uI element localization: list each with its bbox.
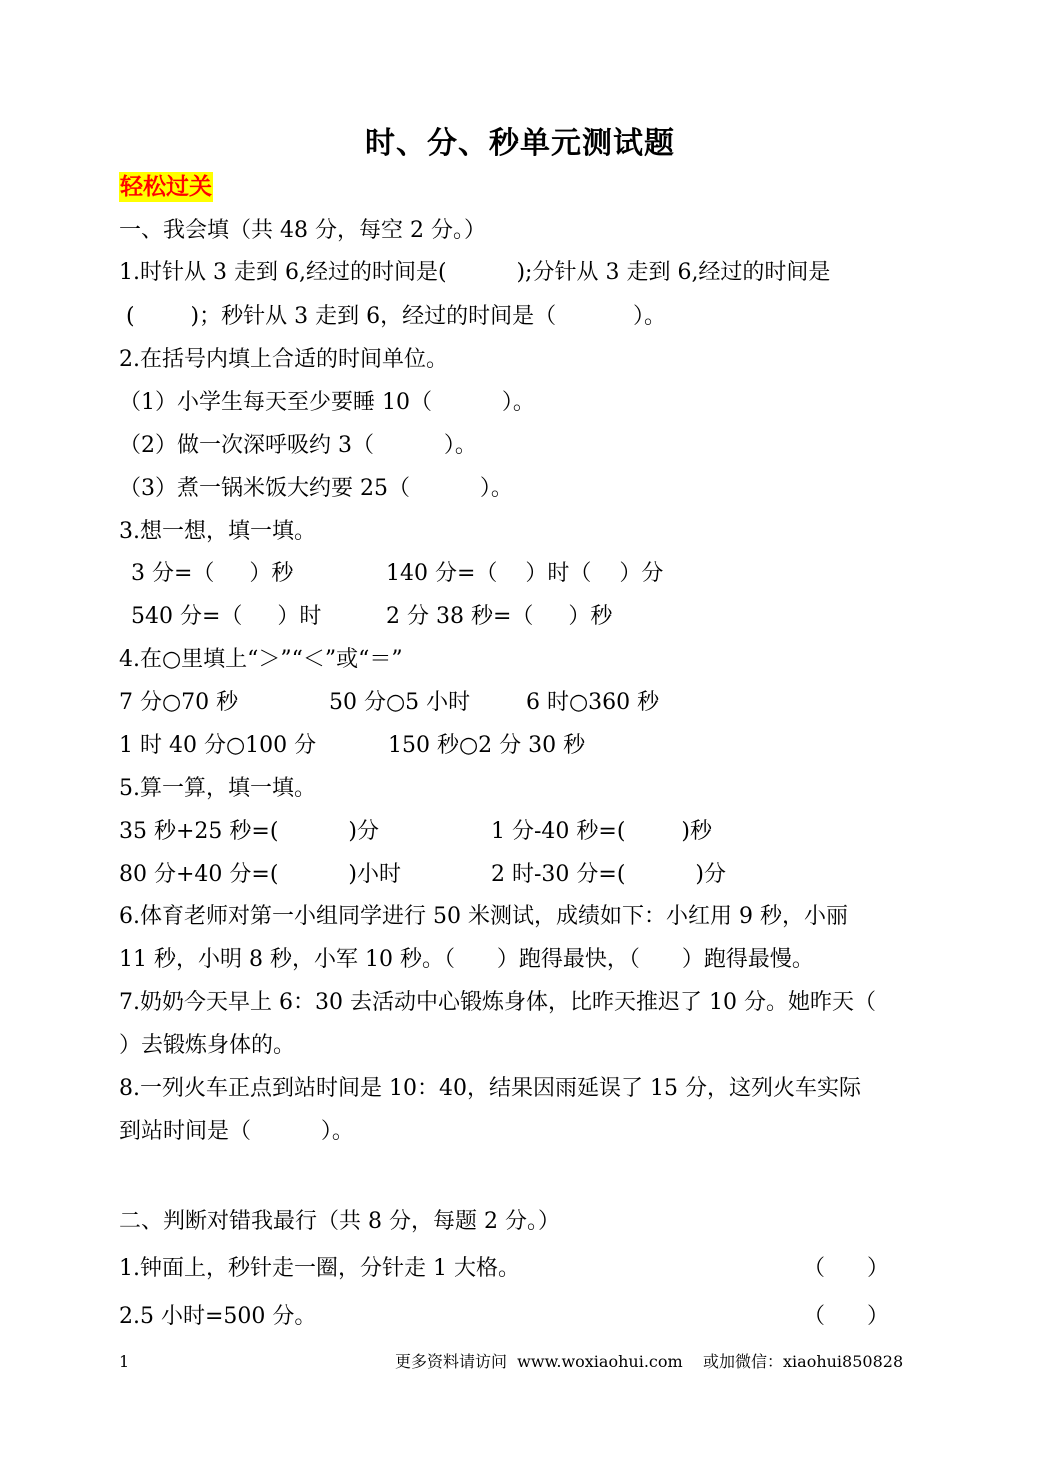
q7-line1: 7.奶奶今天早上 6：30 去活动中心锻炼身体，比昨天推迟了 10 分。她昨天（ [119, 988, 876, 1018]
exam-page: 时、分、秒单元测试题 轻松过关 一、我会填（共 48 分，每空 2 分。） 1.… [0, 0, 1040, 1477]
judge-answer-box-1: （ ） [803, 1254, 889, 1284]
q6-line2: 11 秒，小明 8 秒，小军 10 秒。（ ）跑得最快，（ ）跑得最慢。 [119, 945, 814, 975]
q3-stem: 3.想一想，填一填。 [119, 517, 316, 547]
q2-item-3: （3）煮一锅米饭大约要 25（ ）。 [119, 474, 513, 504]
q8-line1: 8.一列火车正点到站时间是 10：40，结果因雨延误了 15 分，这列火车实际 [119, 1074, 861, 1104]
q4-item: 1 时 40 分○100 分 [119, 731, 316, 761]
q4-item: 150 秒○2 分 30 秒 [388, 731, 585, 761]
section2-heading: 二、判断对错我最行（共 8 分，每题 2 分。） [119, 1207, 560, 1237]
q5-item: 35 秒+25 秒=( )分 [119, 817, 379, 847]
page-number: 1 [119, 1352, 129, 1372]
q3-item: 140 分=（ ）时（ ）分 [386, 559, 663, 589]
q5-item: 80 分+40 分=( )小时 [119, 860, 401, 890]
q4-item: 7 分○70 秒 [119, 688, 238, 718]
q6-line1: 6.体育老师对第一小组同学进行 50 米测试，成绩如下：小红用 9 秒，小丽 [119, 902, 848, 932]
q4-stem: 4.在○里填上“＞”“＜”或“＝” [119, 645, 403, 675]
footer-promo: 更多资料请访问 www.woxiaohui.com 或加微信：xiaohui85… [395, 1352, 903, 1372]
judge-item-1: 1.钟面上，秒针走一圈，分针走 1 大格。 [119, 1254, 520, 1284]
q4-item: 6 时○360 秒 [526, 688, 659, 718]
difficulty-badge: 轻松过关 [119, 172, 213, 202]
q2-stem: 2.在括号内填上合适的时间单位。 [119, 345, 448, 375]
q5-stem: 5.算一算，填一填。 [119, 774, 316, 804]
q8-line2: 到站时间是（ ）。 [119, 1117, 354, 1147]
q3-item: 540 分=（ ）时 [131, 602, 321, 632]
judge-item-2: 2.5 小时=500 分。 [119, 1302, 316, 1332]
q2-item-1: （1）小学生每天至少要睡 10（ ）。 [119, 388, 535, 418]
q2-item-2: （2）做一次深呼吸约 3（ ）。 [119, 431, 477, 461]
q3-item: 3 分=（ ）秒 [131, 559, 293, 589]
q1-line2: ( )；秒针从 3 走到 6，经过的时间是（ ）。 [119, 302, 666, 332]
q4-item: 50 分○5 小时 [329, 688, 470, 718]
q5-item: 2 时-30 分=( )分 [491, 860, 726, 890]
q1-line1: 1.时针从 3 走到 6,经过的时间是( );分针从 3 走到 6,经过的时间是 [119, 258, 830, 288]
page-title: 时、分、秒单元测试题 [0, 118, 1040, 162]
judge-answer-box-2: （ ） [803, 1302, 889, 1332]
q3-item: 2 分 38 秒=（ ）秒 [386, 602, 612, 632]
section1-heading: 一、我会填（共 48 分，每空 2 分。） [119, 216, 486, 246]
q5-item: 1 分-40 秒=( )秒 [491, 817, 712, 847]
q7-line2: ）去锻炼身体的。 [119, 1031, 295, 1061]
